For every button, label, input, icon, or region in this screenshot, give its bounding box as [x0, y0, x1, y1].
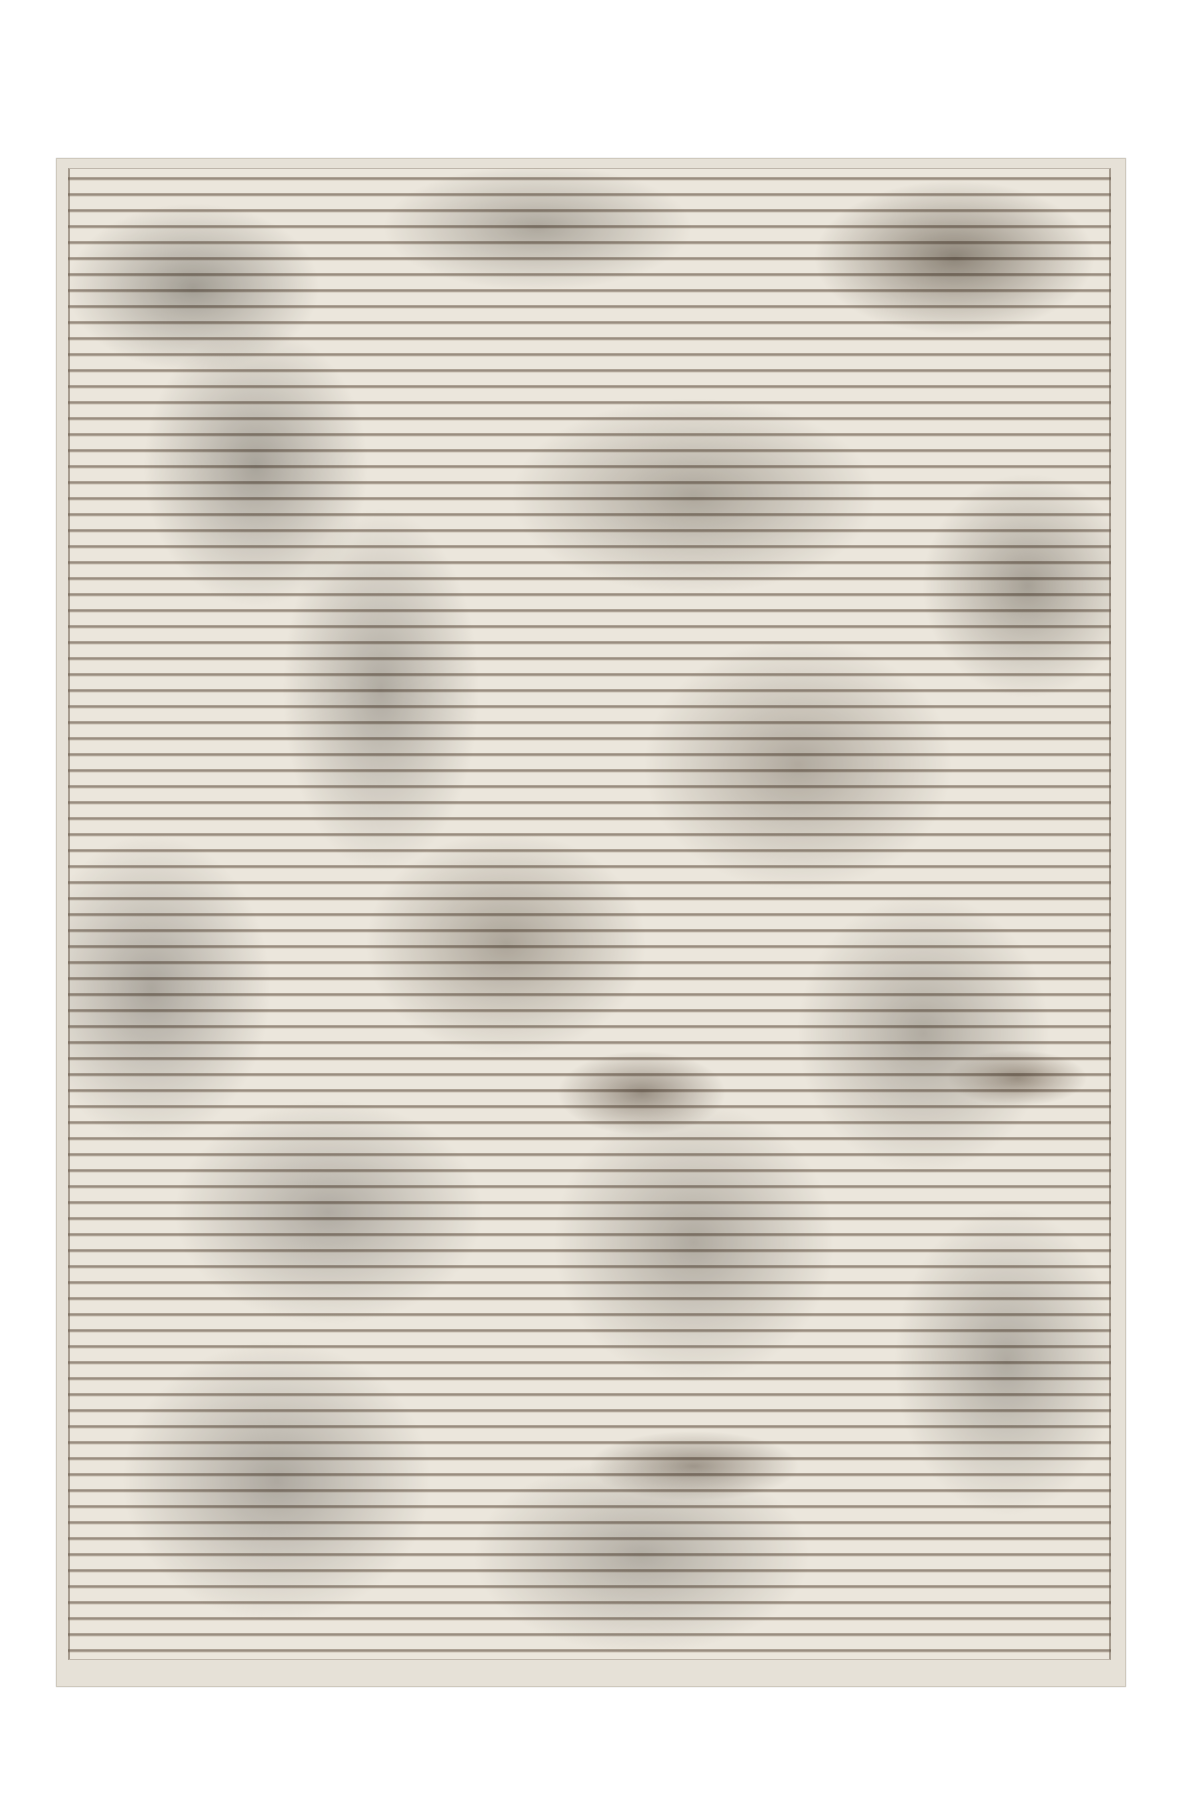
- rug-striped-field: [68, 168, 1111, 1660]
- rug-field-edge: [68, 168, 1111, 1660]
- rug: [56, 158, 1126, 1687]
